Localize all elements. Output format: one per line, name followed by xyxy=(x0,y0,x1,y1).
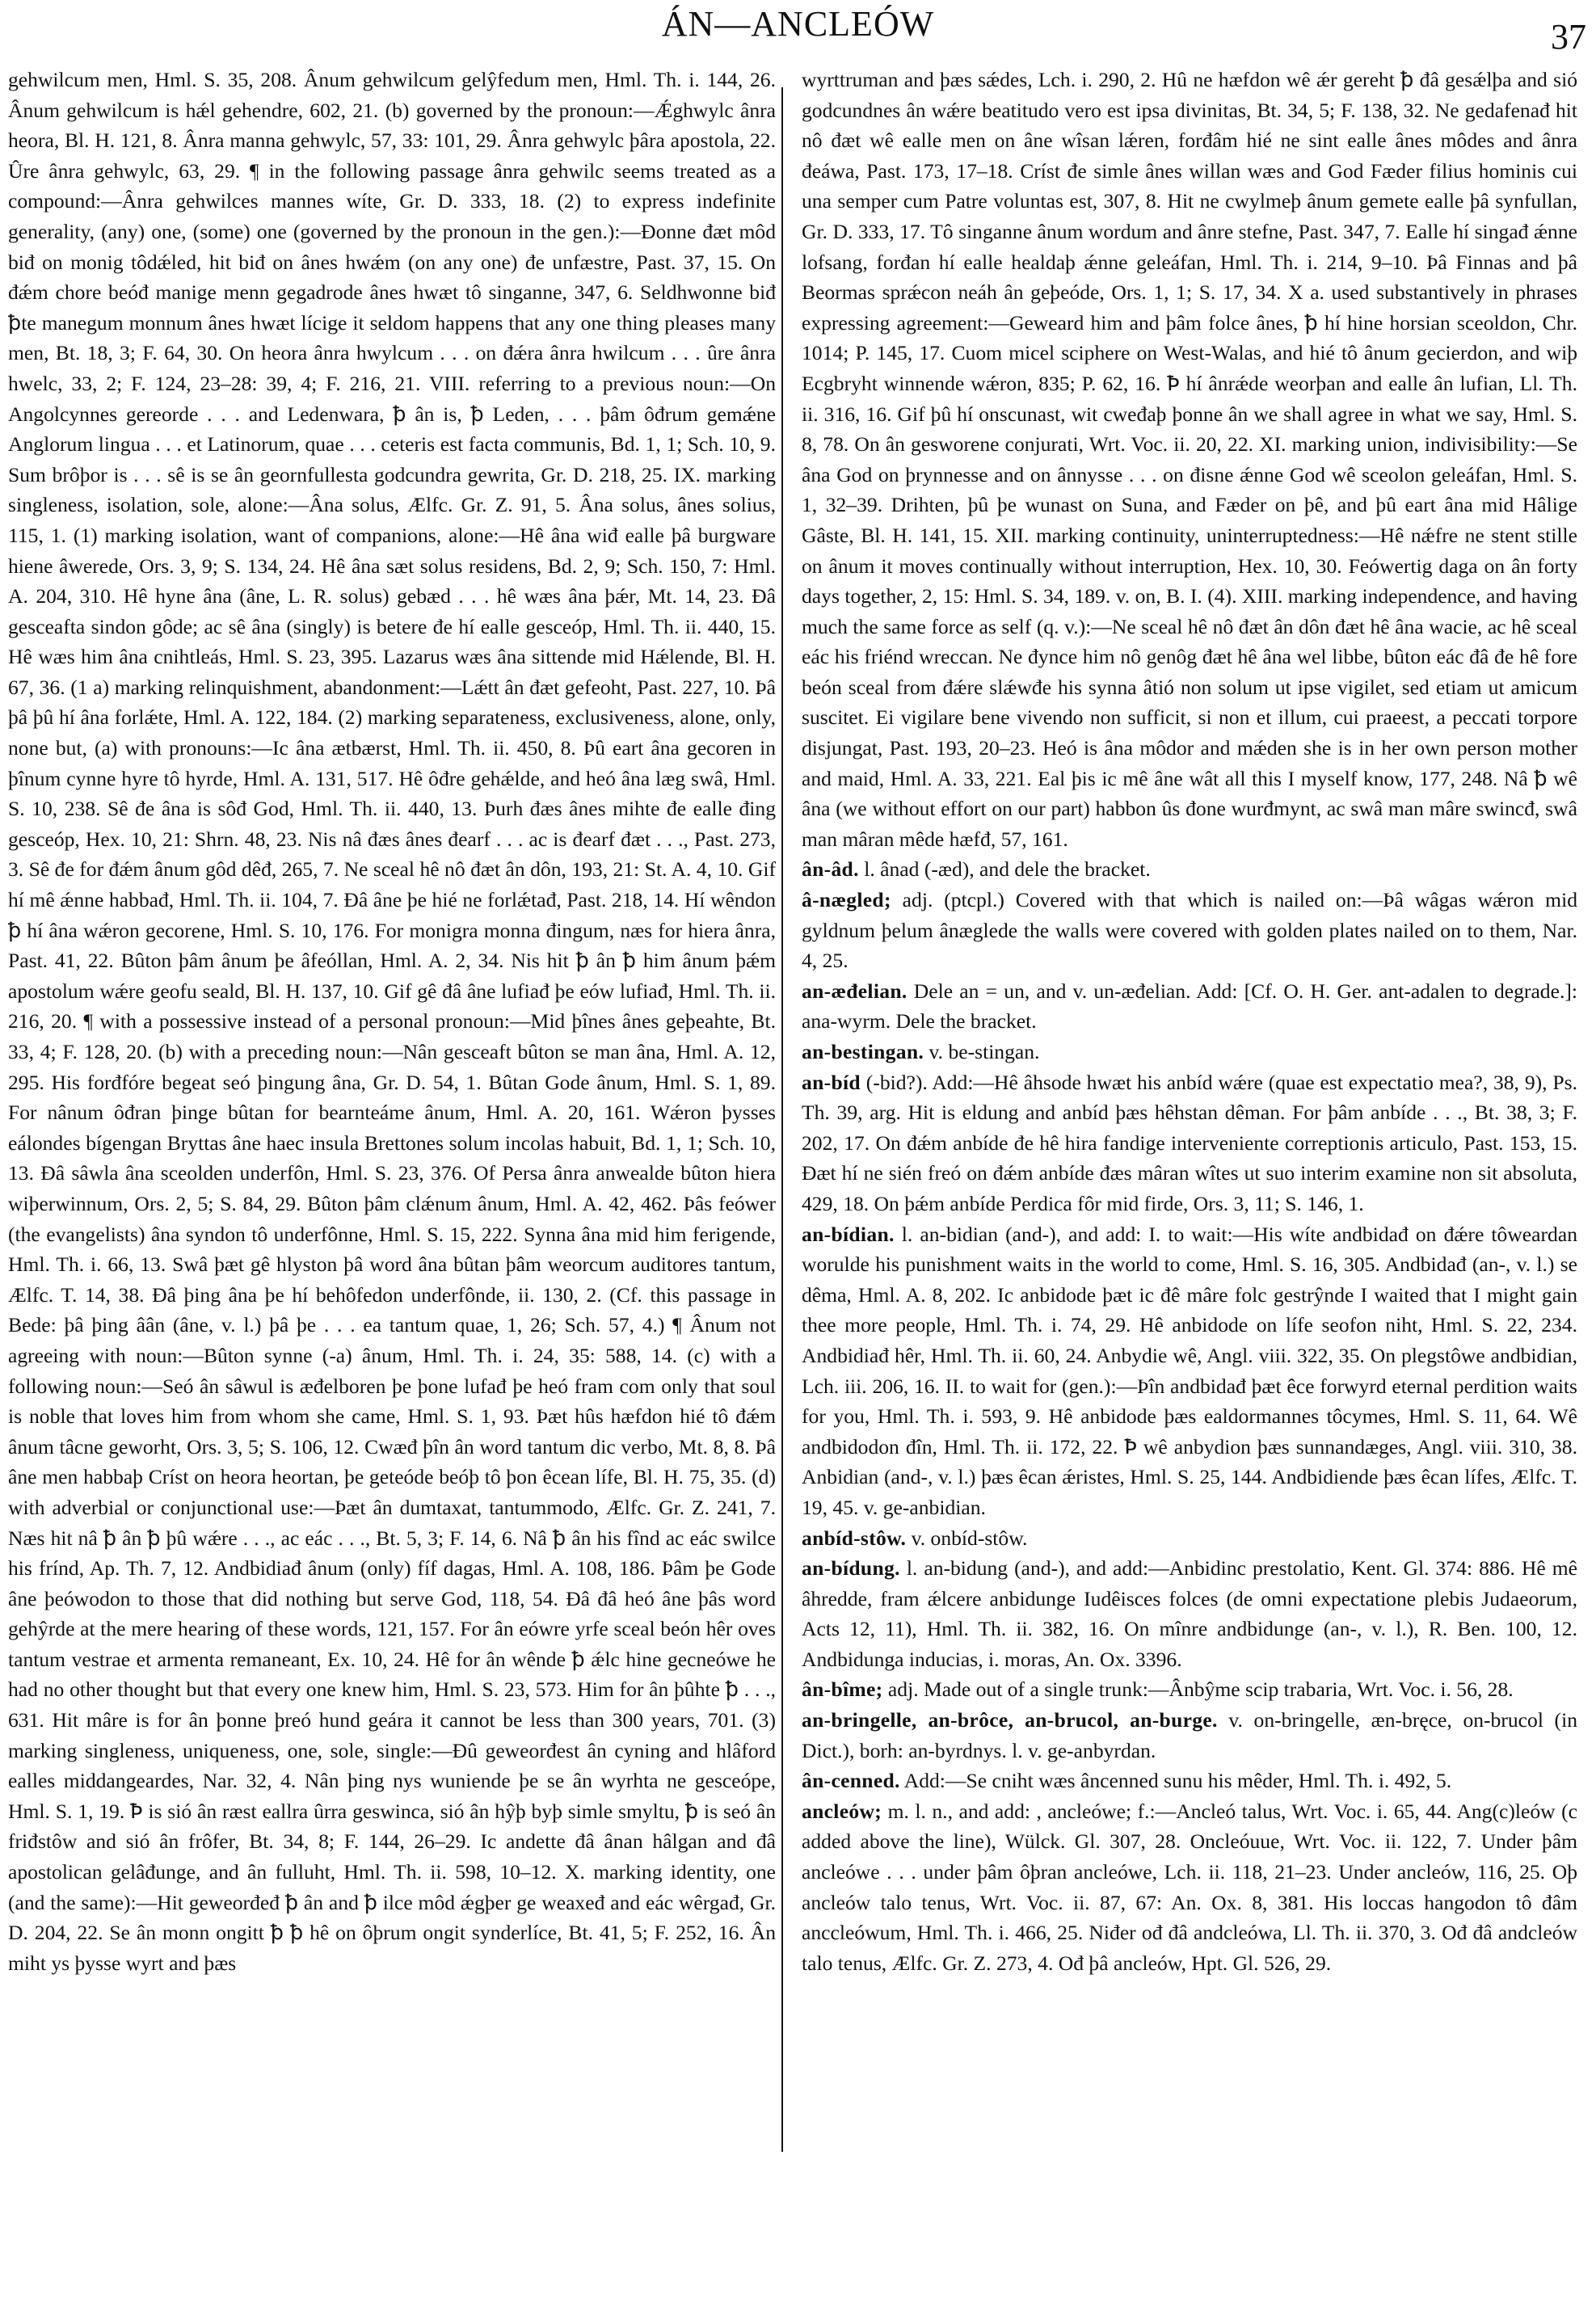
running-head: ÁN—ANCLEÓW xyxy=(0,6,1596,42)
entry-headword: an-bídian. xyxy=(802,1223,895,1246)
entry-text: l. an-bidung (and-), and add:—Anbidinc p… xyxy=(802,1556,1577,1671)
entry-headword: an-bringelle, an-brôce, an-brucol, an-bu… xyxy=(802,1708,1218,1732)
right-column: wyrttruman and þæs sǽdes, Lch. i. 290, 2… xyxy=(802,65,1577,1978)
continued-entry-an-right: wyrttruman and þæs sǽdes, Lch. i. 290, 2… xyxy=(802,65,1577,854)
dictionary-entry: an-bídung. l. an-bidung (and-), and add:… xyxy=(802,1553,1577,1674)
dictionary-entry: ân-bîme; adj. Made out of a single trunk… xyxy=(802,1674,1577,1705)
entry-headword: ân-âd. xyxy=(802,857,859,881)
entry-text: m. l. n., and add: , ancleówe; f.:—Ancle… xyxy=(802,1800,1577,1975)
entry-text: wyrttruman and þæs sǽdes, Lch. i. 290, 2… xyxy=(802,68,1577,851)
entry-text: adj. Made out of a single trunk:—Ânbŷme … xyxy=(888,1677,1514,1701)
entry-text: (-bid?). Add:—Hê âhsode hwæt his anbíd w… xyxy=(802,1071,1577,1215)
entry-text: adj. (ptcpl.) Covered with that which is… xyxy=(802,888,1577,972)
entry-headword: ân-cenned. xyxy=(802,1769,900,1792)
dictionary-entry: ancleów; m. l. n., and add: , ancleówe; … xyxy=(802,1796,1577,1979)
entry-text: l. an-bidian (and-), and add: I. to wait… xyxy=(802,1223,1577,1519)
entry-headword: an-æđelian. xyxy=(802,979,907,1003)
entry-text: l. ânad (-æd), and dele the bracket. xyxy=(864,857,1151,881)
dictionary-entry: ân-âd. l. ânad (-æd), and dele the brack… xyxy=(802,854,1577,885)
page-header: ÁN—ANCLEÓW 37 xyxy=(0,0,1596,65)
entry-headword: an-bíd xyxy=(802,1071,861,1094)
entry-headword: â-nægled; xyxy=(802,888,891,911)
page-number: 37 xyxy=(1551,19,1586,55)
dictionary-entry: ân-cenned. Add:—Se cniht wæs âncenned su… xyxy=(802,1766,1577,1796)
entry-headword: an-bestingan. xyxy=(802,1040,924,1063)
dictionary-entry: an-æđelian. Dele an = un, and v. un-æđel… xyxy=(802,976,1577,1037)
dictionary-entry: an-bringelle, an-brôce, an-brucol, an-bu… xyxy=(802,1705,1577,1766)
entry-text: v. onbíd-stôw. xyxy=(912,1526,1028,1550)
dictionary-entry: anbíd-stôw. v. onbíd-stôw. xyxy=(802,1523,1577,1554)
entry-text: Add:—Se cniht wæs âncenned sunu his mêde… xyxy=(904,1769,1451,1792)
dictionary-entry: an-bídian. l. an-bidian (and-), and add:… xyxy=(802,1219,1577,1523)
dictionary-entry: â-nægled; adj. (ptcpl.) Covered with tha… xyxy=(802,885,1577,976)
left-column: gehwilcum men, Hml. S. 35, 208. Ânum geh… xyxy=(8,65,776,1978)
entry-headword: ân-bîme; xyxy=(802,1677,883,1701)
dictionary-entry: an-bestingan. v. be-stingan. xyxy=(802,1037,1577,1067)
entry-text: Dele an = un, and v. un-æđelian. Add: [C… xyxy=(802,979,1577,1033)
column-divider xyxy=(781,87,783,2152)
continued-entry-an: gehwilcum men, Hml. S. 35, 208. Ânum geh… xyxy=(8,65,776,1978)
entry-headword: anbíd-stôw. xyxy=(802,1526,906,1550)
entry-headword: ancleów; xyxy=(802,1800,882,1823)
dictionary-entry: an-bíd (-bid?). Add:—Hê âhsode hwæt his … xyxy=(802,1067,1577,1219)
entry-headword: an-bídung. xyxy=(802,1556,900,1580)
entry-text: v. be-stingan. xyxy=(929,1040,1040,1063)
